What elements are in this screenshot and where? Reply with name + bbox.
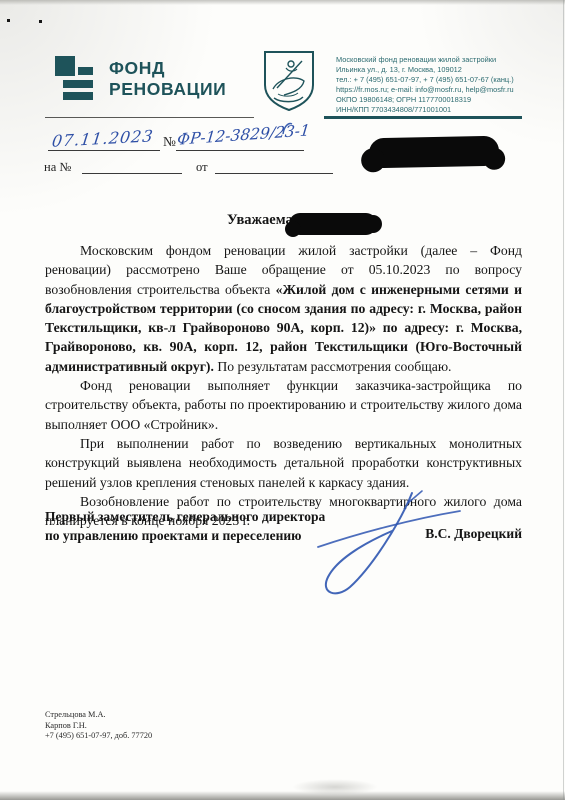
reply-date-underline [215,173,333,174]
logo-wordmark: ФОНД РЕНОВАЦИИ [109,58,226,101]
reply-from-label: от [196,160,208,175]
paragraph-3: При выполнении работ по возведению верти… [45,434,522,492]
header-rule-left [45,117,254,118]
org-contact-block: Московский фонд реновации жилой застройк… [336,55,524,114]
scan-smudge [292,779,378,795]
org-web-email: https://fr.mos.ru; e-mail: info@mosfr.ru… [336,85,524,95]
org-okpo-ogrn: ОКПО 19806148; ОГРН 1177700018319 [336,95,524,105]
registration-mark [39,20,42,23]
number-underline [176,150,304,151]
executor-name-2: Карпов Г.Н. [45,721,152,732]
number-sign-label: № [163,134,176,150]
fond-renovacii-logo-icon [55,56,96,101]
executor-phone: +7 (495) 651-07-97, доб. 77720 [45,731,152,742]
p1-regular-2: По результатам рассмотрения сообщаю. [214,359,452,374]
org-inn-kpp: ИНН/КПП 7703434808/771001001 [336,105,524,115]
handwritten-date: 07.11.2023 [51,126,155,150]
executor-block: Стрельцова М.А. Карпов Г.Н. +7 (495) 651… [45,710,152,742]
reply-to-number-label: на № [44,160,71,175]
org-phones: тел.: + 7 (495) 651-07-97, + 7 (495) 651… [336,75,524,85]
executor-name-1: Стрельцова М.А. [45,710,152,721]
scan-edge-right [563,0,564,800]
paragraph-1: Московским фондом реновации жилой застро… [45,241,522,376]
fond-renovacii-logo: ФОНД РЕНОВАЦИИ [55,56,226,101]
paragraph-2: Фонд реновации выполняет функции заказчи… [45,376,522,434]
redaction-mark [289,213,377,235]
date-underline [48,150,160,151]
redaction-mark [369,136,500,169]
org-address: Ильинка ул., д. 13, г. Москва, 109012 [336,65,524,75]
salutation-text: Уважаема [227,212,293,229]
handwritten-outgoing-number: ФР-12-3829/23-1 [176,121,311,148]
letter-body: Московским фондом реновации жилой застро… [45,241,522,530]
handwritten-signature [312,489,464,607]
header-rule-right [324,116,522,119]
reply-number-underline [82,173,182,174]
scanned-letter-page: ФОНД РЕНОВАЦИИ Московский фонд реновации… [0,0,565,800]
scan-shadow-bottom [0,791,565,800]
org-name: Московский фонд реновации жилой застройк… [336,55,524,65]
registration-mark [7,19,10,22]
scan-shadow-top [0,0,565,5]
moscow-coat-of-arms-icon [260,48,318,114]
